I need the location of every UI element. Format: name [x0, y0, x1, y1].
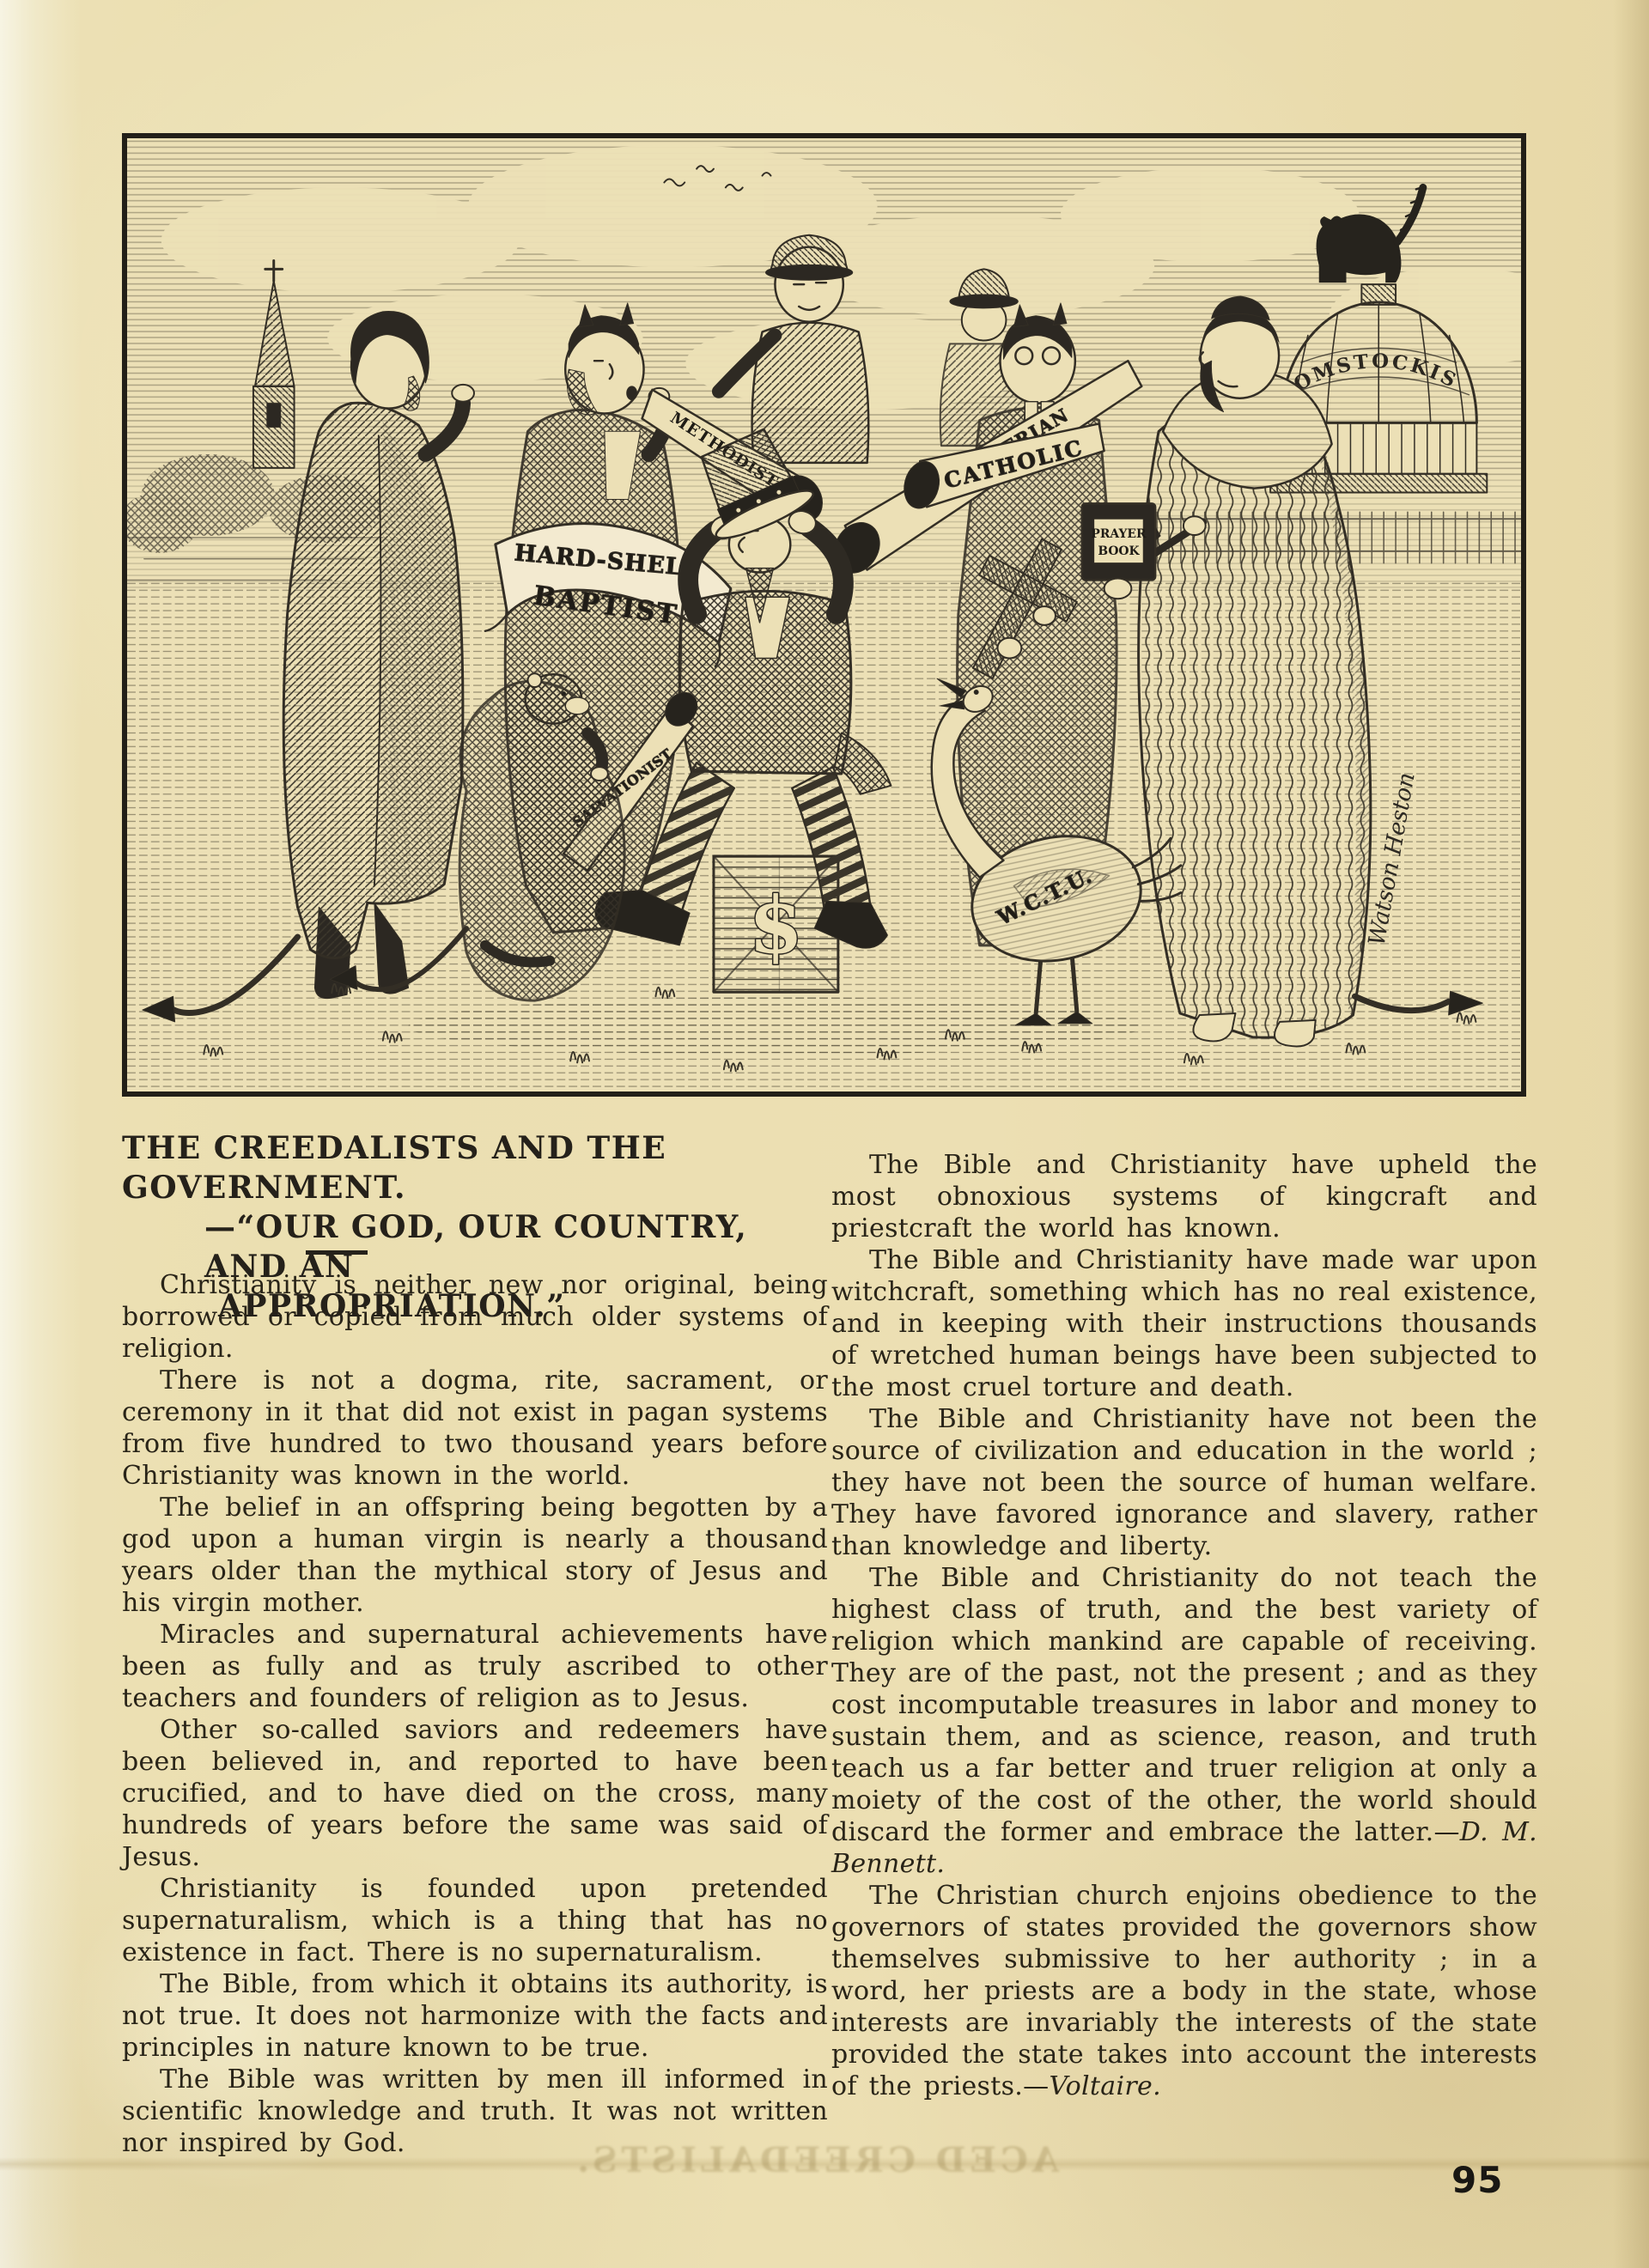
paragraph: Christianity is founded upon pretended s…: [122, 1873, 828, 1968]
paragraph: The Bible, from which it obtains its aut…: [122, 1968, 828, 2064]
dollar-sign: $: [749, 879, 804, 971]
right-text-column: The Bible and Christianity have upheld t…: [831, 1149, 1537, 2102]
ground-shadow: [409, 997, 1142, 1055]
paragraph: The Christian church enjoins obedience t…: [831, 1880, 1537, 2102]
prayer-label: PRAYER: [1091, 527, 1147, 541]
headline-divider-rule: [306, 1250, 368, 1255]
headline-line-1: THE CREEDALISTS AND THE GOVERNMENT.: [122, 1128, 828, 1207]
show-through-ghost-text: ACED CREEDALISTS.: [429, 2140, 1202, 2180]
attribution: Voltaire.: [1049, 2071, 1160, 2101]
paragraph: The Bible and Christianity do not teach …: [831, 1562, 1537, 1880]
paragraph: There is not a dogma, rite, sacrament, o…: [122, 1365, 828, 1492]
bare-foot: [1275, 1020, 1316, 1047]
page-edge-shading: [1613, 0, 1649, 2268]
paragraph: The Bible and Christianity have not been…: [831, 1403, 1537, 1562]
attribution: D. M. Bennett.: [831, 1817, 1537, 1879]
scanned-page: COMSTOCKISM: [0, 0, 1649, 2268]
paragraph: Christianity is neither new nor original…: [122, 1269, 828, 1365]
political-cartoon-engraving: COMSTOCKISM: [122, 133, 1526, 1097]
left-text-column: Christianity is neither new nor original…: [122, 1269, 828, 2159]
paragraph: Other so-called saviors and redeemers ha…: [122, 1714, 828, 1873]
cartoon-scene: COMSTOCKISM: [127, 138, 1521, 1091]
paragraph: The Bible and Christianity have made war…: [831, 1244, 1537, 1403]
paragraph: The Bible and Christianity have upheld t…: [831, 1149, 1537, 1244]
paragraph: Miracles and supernatural achievements h…: [122, 1619, 828, 1714]
book-label: BOOK: [1098, 544, 1140, 558]
paragraph: The belief in an offspring being begotte…: [122, 1492, 828, 1619]
page-number: 95: [1451, 2159, 1503, 2201]
